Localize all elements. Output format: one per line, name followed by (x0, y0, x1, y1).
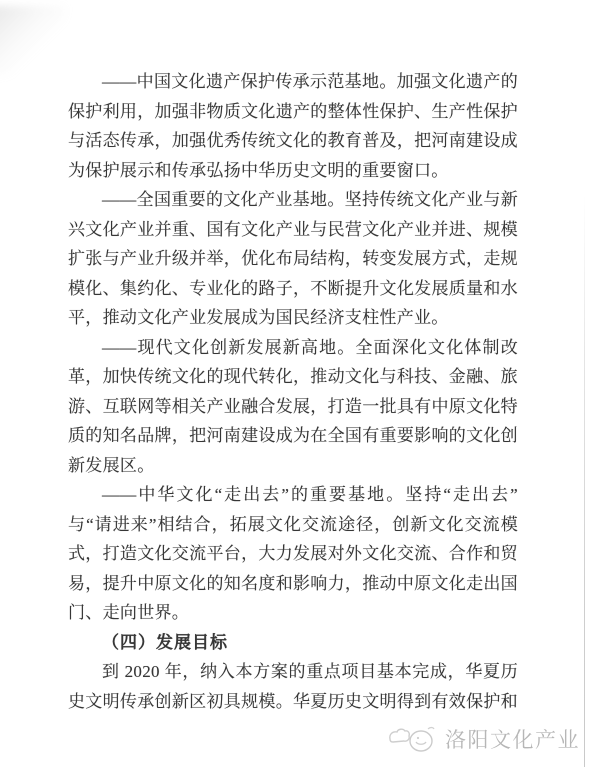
text-line: 游、互联网等相关产业融合发展，打造一批具有中原文化特 (68, 392, 518, 422)
watermark-text: 洛阳文化产业 (445, 722, 580, 758)
text-line: 新发展区。 (68, 451, 518, 481)
text-line: 兴文化产业并重、国有文化产业与民营文化产业并进、规模 (68, 215, 518, 245)
scan-smudge (0, 6, 66, 76)
text-line: ——中华文化“走出去”的重要基地。坚持“走出去” (68, 480, 518, 510)
text-line: ——现代文化创新发展新高地。全面深化文化体制改 (68, 333, 518, 363)
luoyang-culture-logo-icon (388, 723, 440, 757)
text-line: 易，提升中原文化的知名度和影响力，推动中原文化走出国 (68, 569, 518, 599)
text-line: ——中国文化遗产保护传承示范基地。加强文化遗产的 (68, 67, 518, 97)
text-line: 式，打造文化交流平台，大力发展对外文化交流、合作和贸 (68, 539, 518, 569)
text-line: 扩张与产业升级并举，优化布局结构，转变发展方式，走规 (68, 244, 518, 274)
text-line: 史文明传承创新区初具规模。华夏历史文明得到有效保护和 (68, 687, 518, 717)
document-body: ——中国文化遗产保护传承示范基地。加强文化遗产的保护利用，加强非物质文化遗产的整… (68, 67, 518, 716)
scan-edge-line (584, 195, 586, 767)
text-line: 保护利用，加强非物质文化遗产的整体性保护、生产性保护 (68, 97, 518, 127)
text-line: 模化、集约化、专业化的路子，不断提升文化发展质量和水 (68, 274, 518, 304)
text-line: 与活态传承，加强优秀传统文化的教育普及，把河南建设成 (68, 126, 518, 156)
text-line: 为保护展示和传承弘扬中华历史文明的重要窗口。 (68, 156, 518, 186)
text-line: 平，推动文化产业发展成为国民经济支柱性产业。 (68, 303, 518, 333)
text-line: 质的知名品牌，把河南建设成为在全国有重要影响的文化创 (68, 421, 518, 451)
scanned-document-page: ——中国文化遗产保护传承示范基地。加强文化遗产的保护利用，加强非物质文化遗产的整… (0, 0, 594, 767)
text-line: 到 2020 年，纳入本方案的重点项目基本完成，华夏历 (68, 657, 518, 687)
text-line: 门、走向世界。 (68, 598, 518, 628)
text-line: ——全国重要的文化产业基地。坚持传统文化产业与新 (68, 185, 518, 215)
text-line: 革，加快传统文化的现代转化，推动文化与科技、金融、旅 (68, 362, 518, 392)
watermark: 洛阳文化产业 (388, 722, 580, 758)
section-heading: （四）发展目标 (68, 628, 518, 658)
text-line: 与“请进来”相结合，拓展文化交流途径，创新文化交流模 (68, 510, 518, 540)
